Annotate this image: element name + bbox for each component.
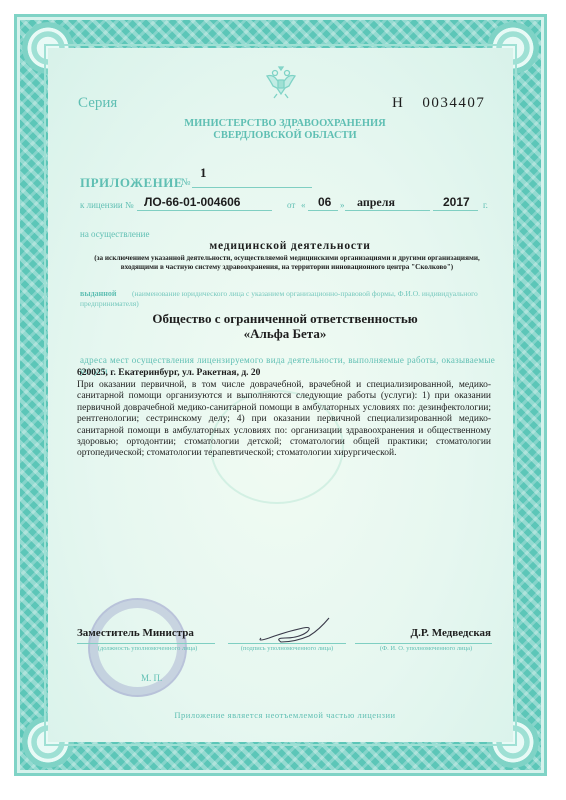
- position-hint: (должность уполномоченного лица): [80, 645, 215, 652]
- signer-name: Д.Р. Медведская: [376, 627, 491, 639]
- year-underline: [433, 210, 478, 211]
- license-label: к лицензии №: [80, 200, 134, 210]
- license-year-field: 2017: [443, 195, 470, 209]
- quote-open: «: [301, 200, 306, 210]
- license-number-field: ЛО-66-01-004606: [144, 195, 240, 209]
- organization-title: «Альфа Бета»: [100, 326, 470, 341]
- appendix-label: ПРИЛОЖЕНИЕ: [80, 175, 183, 191]
- ministry-line-1: МИНИСТЕРСТВО ЗДРАВООХРАНЕНИЯ: [150, 118, 420, 130]
- services-list: При оказании первичной, в том числе довр…: [77, 380, 491, 460]
- activity-type: медицинской деятельности: [150, 240, 430, 252]
- ministry-line-2: СВЕРДЛОВСКОЙ ОБЛАСТИ: [150, 130, 420, 142]
- seria-digits: 0034407: [422, 95, 485, 111]
- double-headed-eagle-icon: [263, 64, 299, 100]
- signer-position: Заместитель Министра: [77, 627, 194, 639]
- position-underline: [77, 643, 215, 644]
- license-month-field: апреля: [357, 195, 395, 210]
- activity-note: (за исключением указанной деятельности, …: [82, 254, 492, 272]
- stamp-place-label: М. П.: [141, 673, 162, 683]
- name-hint: (Ф. И. О. уполномоченного лица): [360, 645, 492, 652]
- appendix-number-underline: [192, 187, 312, 188]
- activity-label: на осуществление: [80, 229, 149, 239]
- signature-underline: [228, 643, 346, 644]
- appendix-number-label: №: [181, 177, 191, 188]
- name-underline: [355, 643, 492, 644]
- license-day-field: 06: [318, 195, 331, 209]
- signature-hint: (подпись уполномоченного лица): [228, 645, 346, 652]
- day-underline: [308, 210, 338, 211]
- seria-letter: Н: [392, 95, 404, 111]
- issuing-authority: МИНИСТЕРСТВО ЗДРАВООХРАНЕНИЯ СВЕРДЛОВСКО…: [150, 118, 420, 142]
- issued-label: выданной: [80, 289, 116, 298]
- year-suffix-label: г.: [483, 200, 488, 210]
- seria-number: Н0034407: [392, 95, 485, 112]
- footer-note: Приложение является неотъемлемой частью …: [120, 710, 450, 720]
- license-number-underline: [137, 210, 272, 211]
- quote-close: »: [340, 200, 345, 210]
- address-value: 620025, г. Екатеринбург, ул. Ракетная, д…: [77, 368, 260, 378]
- issued-hint: (наименование юридического лица с указан…: [80, 289, 492, 309]
- appendix-number-field: 1: [200, 165, 207, 181]
- date-prefix-label: от: [287, 200, 295, 210]
- seria-label: Серия: [78, 95, 117, 112]
- organization-form: Общество с ограниченной ответственностью: [100, 311, 470, 326]
- handwritten-signature: [255, 612, 335, 644]
- month-underline: [345, 210, 430, 211]
- organization-name: Общество с ограниченной ответственностью…: [100, 311, 470, 341]
